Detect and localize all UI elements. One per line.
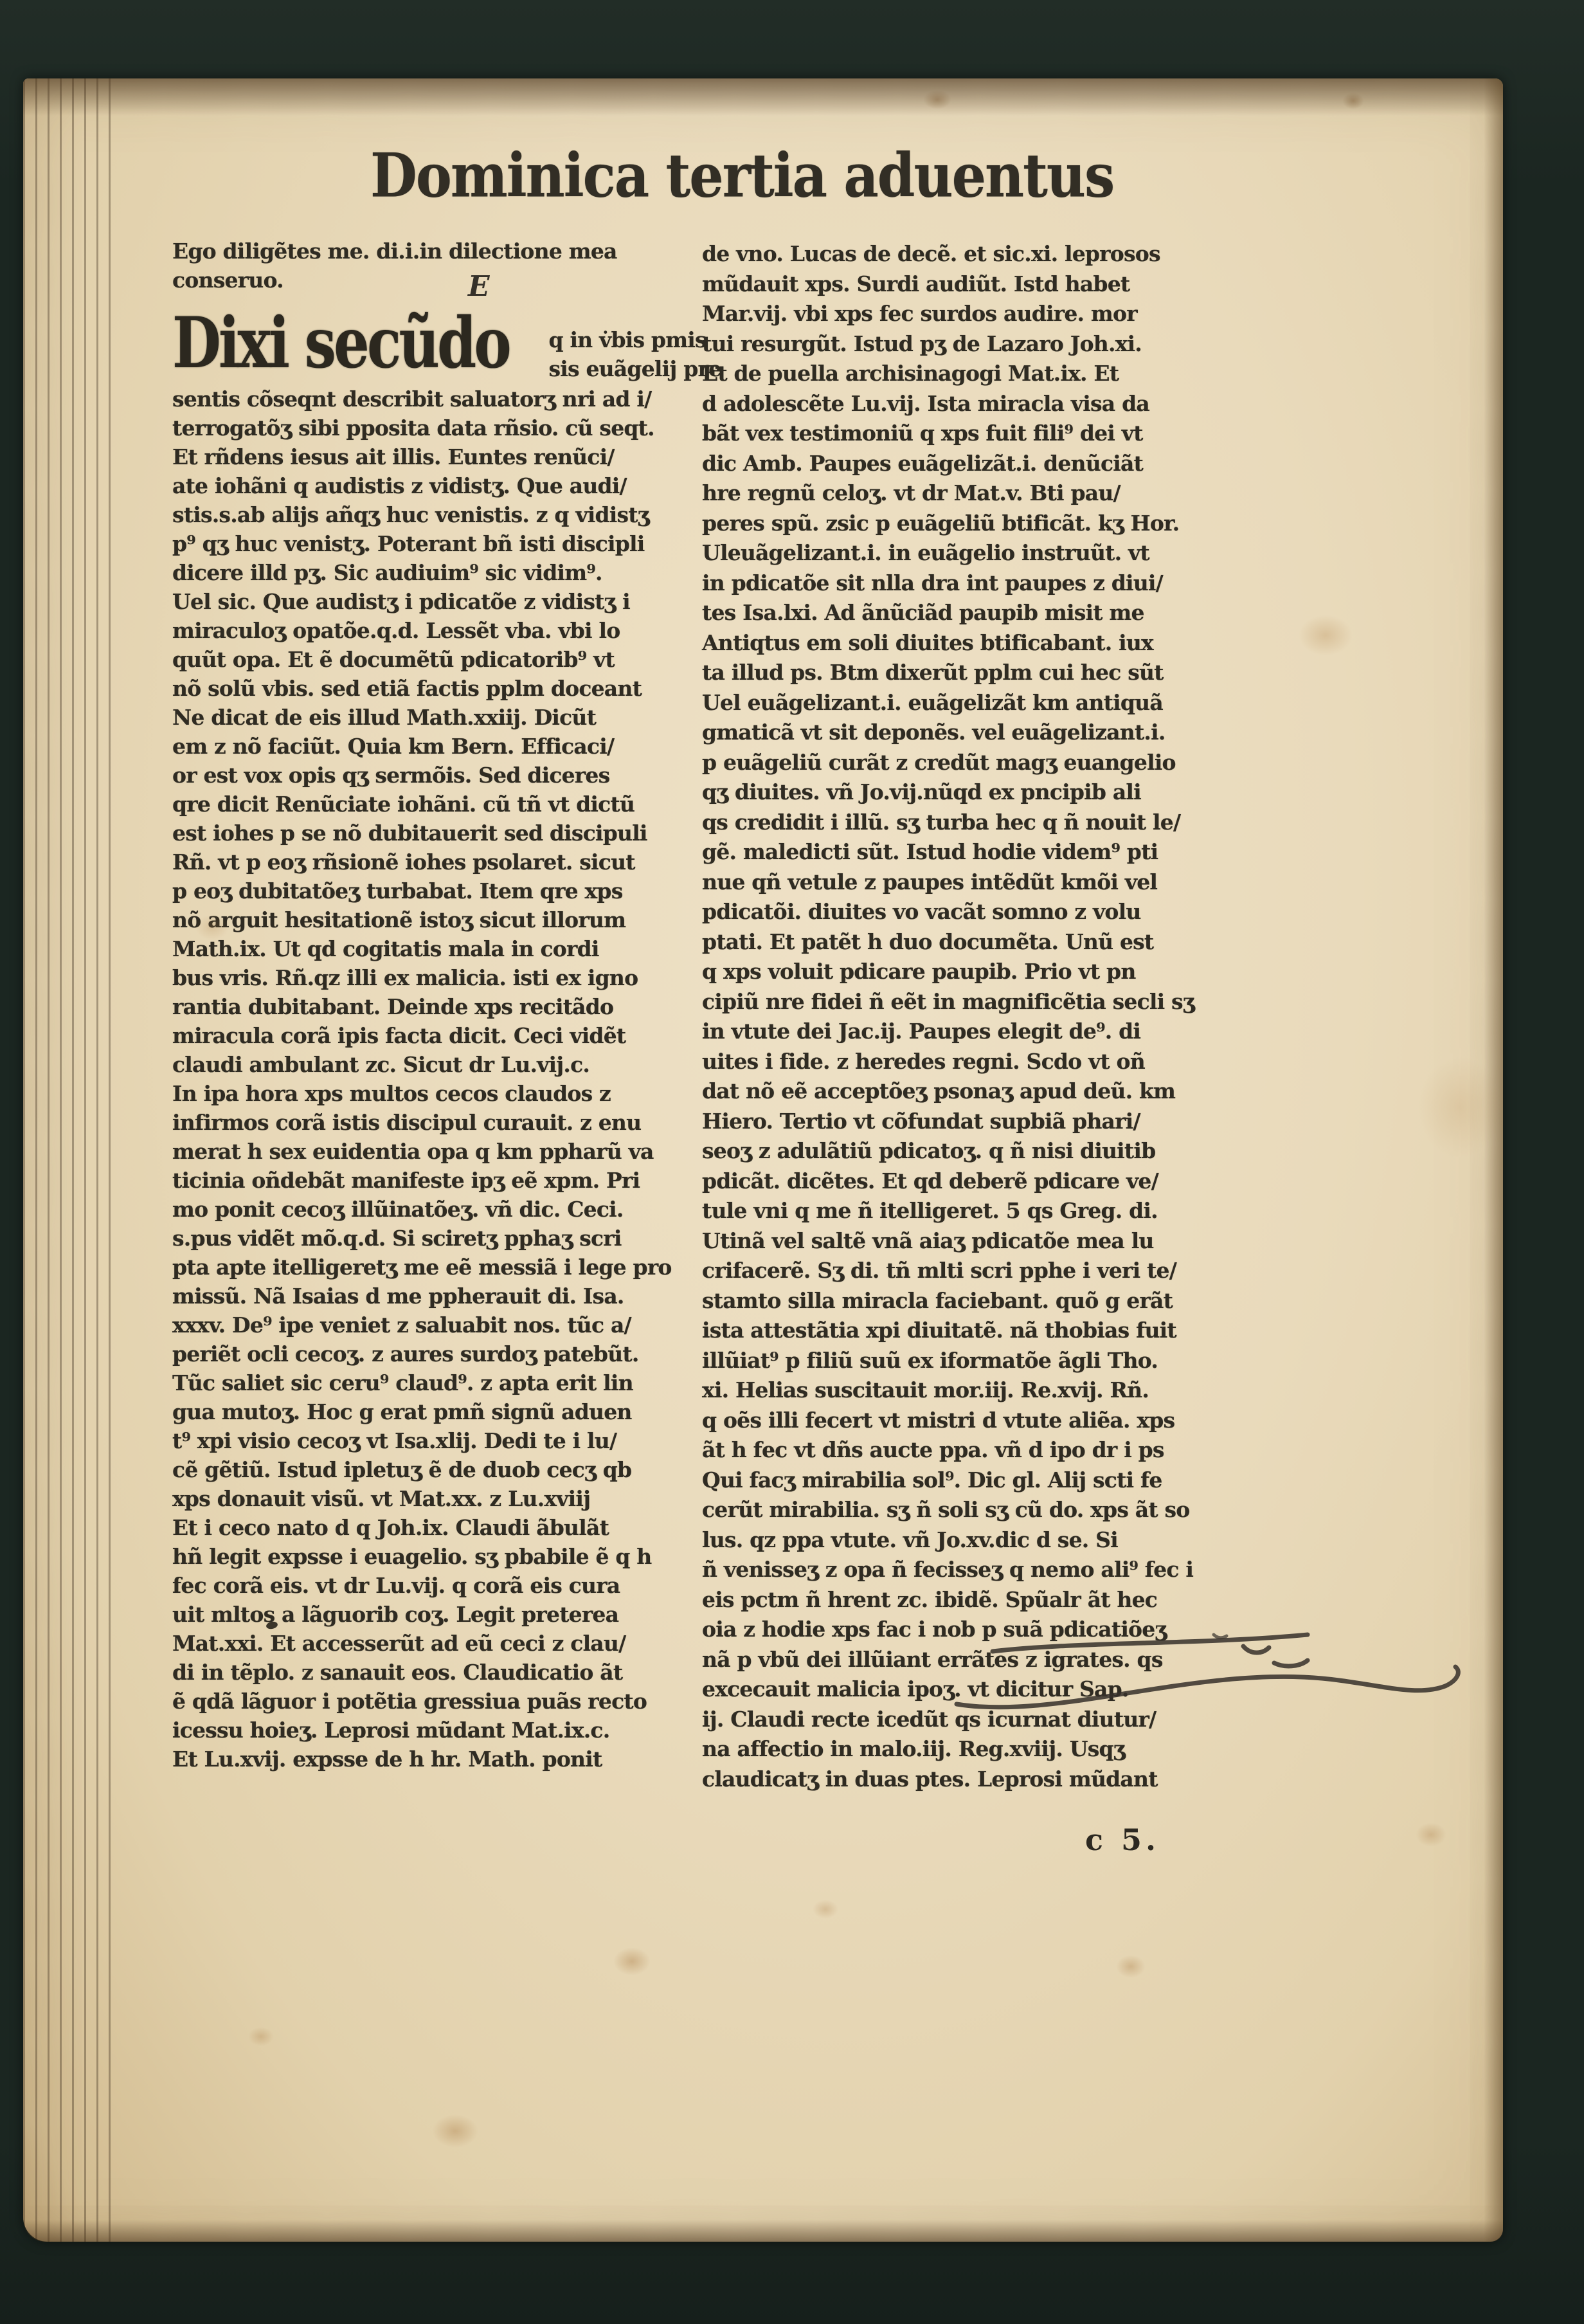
book-page: Dominica tertia aduentus Ego diligẽtes m… bbox=[23, 78, 1503, 2242]
marginal-pen-marks bbox=[23, 78, 1503, 2242]
